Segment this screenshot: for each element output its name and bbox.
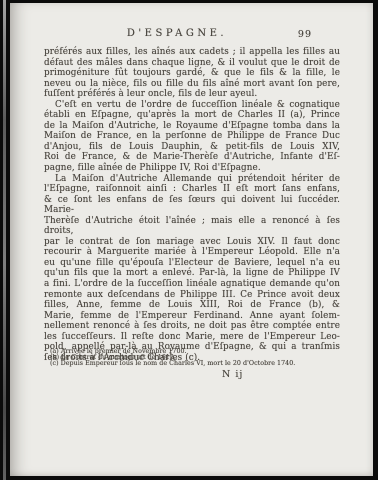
text-line: Maiſon de France, en la perſonne de Phil… — [44, 131, 340, 142]
page-number: 99 — [298, 29, 312, 40]
text-line: les ſucceſſeurs. Il reſte donc Marie, me… — [44, 332, 340, 343]
text-line: d'Anjou, fils de Louis Dauphin, & petit-… — [44, 142, 340, 153]
text-line: l'Eſpagne, raiſonnoit ainſi : Charles II… — [44, 184, 340, 195]
book-page: D'ESPAGNE. 99 préférés aux filles, les a… — [10, 3, 373, 476]
book-scan: D'ESPAGNE. 99 préférés aux filles, les a… — [0, 0, 378, 480]
text-line: primogéniture fût toujours gardé, & que … — [44, 68, 340, 79]
text-line: C'eſt en vertu de l'ordre de ſucceſſion … — [44, 100, 340, 111]
text-line: filles, Anne, femme de Louis XIII, Roi d… — [44, 300, 340, 311]
text-line: remonte aux deſcendans de Philippe III. … — [44, 290, 340, 301]
text-line: qu'un fils que la mort a enlevé. Par-là,… — [44, 268, 340, 279]
text-line: établi en Eſpagne, qu'après la mort de C… — [44, 110, 340, 121]
text-line: La Maiſon d'Autriche Allemande qui préte… — [44, 174, 340, 185]
text-line: par le contrat de ſon mariage avec Louis… — [44, 237, 340, 248]
footnotes: (a) Arrivée le premier de Novembre 1700.… — [50, 349, 338, 368]
text-line: recourir à Marguerite mariée à l'Empereu… — [44, 247, 340, 258]
scan-gutter-streak — [3, 0, 6, 480]
text-line: défaut des mâles dans chaque ligne, & il… — [44, 58, 340, 69]
text-line: fuſſent préférés à leur oncle, fils de l… — [44, 89, 340, 100]
text-line: nellement renoncé à ſes droits, ne doit … — [44, 321, 340, 332]
text-line: préférés aux filles, les aînés aux cadet… — [44, 47, 340, 58]
page-header: D'ESPAGNE. 99 — [44, 28, 340, 41]
text-block: préférés aux filles, les aînés aux cadet… — [44, 47, 340, 363]
text-line: pagne, fille aînée de Philippe IV, Roi d… — [44, 163, 340, 174]
text-line: neveu ou la nièce, fils ou fille du fils… — [44, 79, 340, 90]
text-line: Roi de France, & de Marie-Therèſe d'Autr… — [44, 152, 340, 163]
footnote: (c) Depuis Empereur ſous le nom de Charl… — [50, 361, 338, 367]
text-line: Marie, femme de l'Empereur Ferdinand. An… — [44, 311, 340, 322]
text-line: & ce ſont les enfans de ſes ſœurs qui do… — [44, 195, 340, 216]
text-line: de la Maiſon d'Autriche, le Royaume d'Eſ… — [44, 121, 340, 132]
running-title: D'ESPAGNE. — [44, 28, 310, 39]
text-line: eu qu'une fille qu'épouſa l'Electeur de … — [44, 258, 340, 269]
signature-mark: N ij — [222, 369, 243, 380]
signature-line: N ij — [44, 369, 340, 381]
text-line: Therèſe d'Autriche étoit l'aînée ; mais … — [44, 216, 340, 237]
text-line: a fini. L'ordre de la ſucceſſion linéale… — [44, 279, 340, 290]
